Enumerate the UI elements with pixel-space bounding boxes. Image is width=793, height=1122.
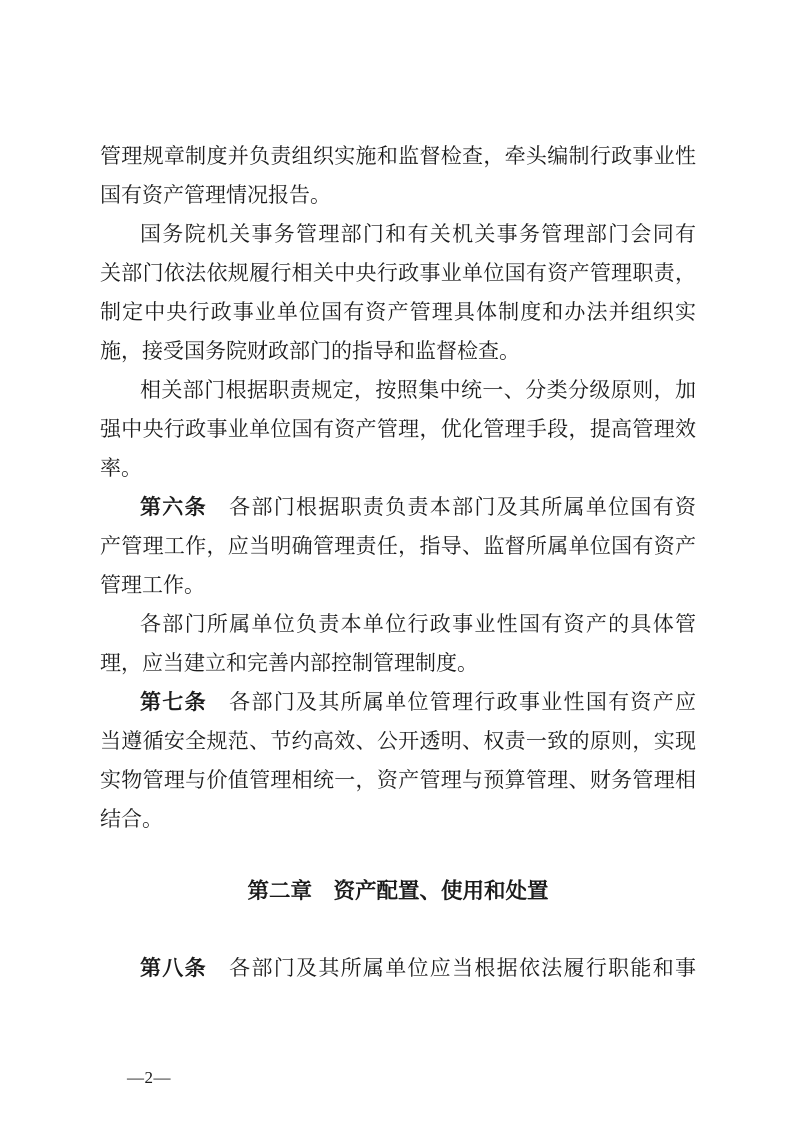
text-line: 制定中央行政事业单位国有资产管理具体制度和办法并组织实 [100,293,696,332]
text-line: 结合。 [100,800,696,839]
text-line: 实物管理与价值管理相统一，资产管理与预算管理、财务管理相 [100,761,696,800]
text-line: 国有资产管理情况报告。 [100,176,696,215]
text-line: 相关部门根据职责规定，按照集中统一、分类分级原则，加 [100,371,696,410]
document-body-continued: 第八条 各部门及其所属单位应当根据依法履行职能和事 [100,949,696,988]
article-number-label: 第八条 [140,957,207,980]
text-line: 强中央行政事业单位国有资产管理，优化管理手段，提高管理效 [100,410,696,449]
text-line: 各部门所属单位负责本单位行政事业性国有资产的具体管 [100,605,696,644]
document-page: 管理规章制度并负责组织实施和监督检查，牵头编制行政事业性国有资产管理情况报告。国… [0,0,793,1122]
page-number: —2— [127,1066,171,1090]
text-line: 管理工作。 [100,566,696,605]
article-number-label: 第六条 [140,496,207,519]
text-line: 产管理工作，应当明确管理责任，指导、监督所属单位国有资产 [100,527,696,566]
article-number-label: 第七条 [140,691,207,714]
text-line: 管理规章制度并负责组织实施和监督检查，牵头编制行政事业性 [100,137,696,176]
text-line: 率。 [100,449,696,488]
text-line: 第八条 各部门及其所属单位应当根据依法履行职能和事 [100,949,696,988]
text-line: 国务院机关事务管理部门和有关机关事务管理部门会同有 [100,215,696,254]
text-line: 理，应当建立和完善内部控制管理制度。 [100,644,696,683]
text-line: 关部门依法依规履行相关中央行政事业单位国有资产管理职责， [100,254,696,293]
text-line: 第七条 各部门及其所属单位管理行政事业性国有资产应 [100,683,696,722]
text-line: 第六条 各部门根据职责负责本部门及其所属单位国有资 [100,488,696,527]
chapter-heading: 第二章 资产配置、使用和处置 [100,872,696,911]
document-body: 管理规章制度并负责组织实施和监督检查，牵头编制行政事业性国有资产管理情况报告。国… [100,137,696,839]
text-line: 施，接受国务院财政部门的指导和监督检查。 [100,332,696,371]
text-line: 当遵循安全规范、节约高效、公开透明、权责一致的原则，实现 [100,722,696,761]
